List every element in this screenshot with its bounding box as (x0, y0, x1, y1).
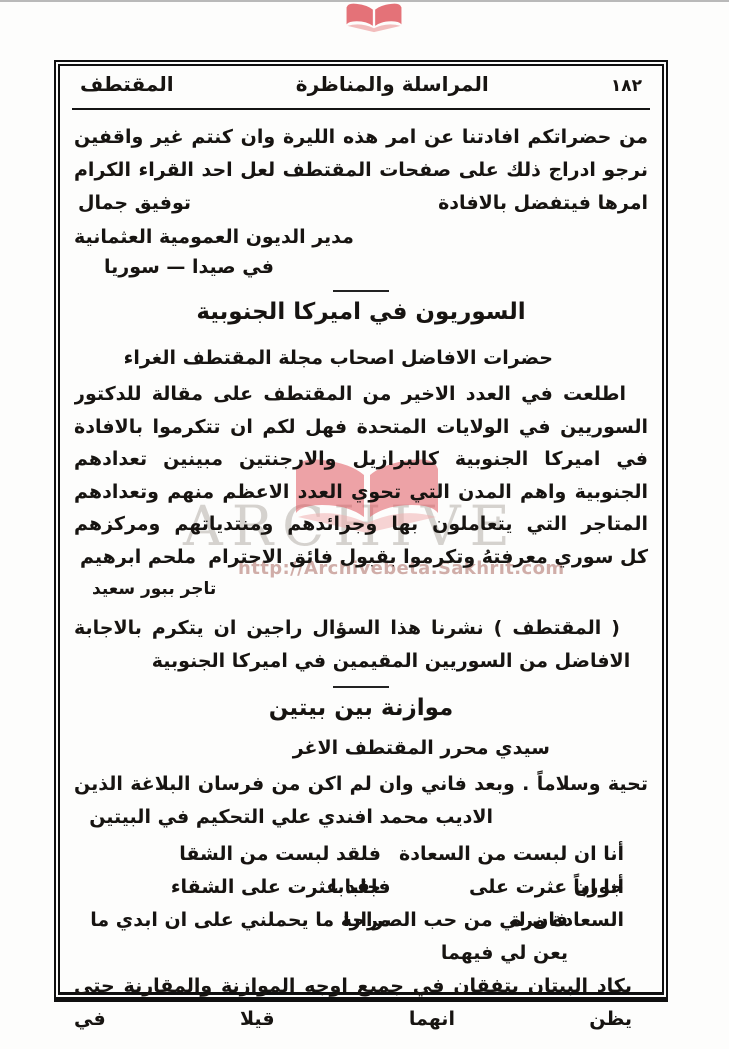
header-rule (72, 108, 650, 110)
verse-second-hemistich: فلقد عثرت على الشقاء مرارا (158, 871, 391, 904)
magazine-name: المقتطف (80, 72, 174, 96)
letter3-comment-line: فان لي من حب الصراحة ما يحملني على ان اب… (74, 904, 648, 970)
poetry-verses: أنا ان لبست من السعادة جورباً فلقد لبست … (74, 838, 648, 904)
page-border-frame: ١٨٢ المراسلة والمناظرة المقتطف من حضراتك… (54, 60, 668, 1002)
scanned-magazine-page: { "header": { "page_number": "١٨٢", "cen… (0, 0, 729, 1049)
letter2-line: في اميركا الجنوبية كالبرازيل والارجنتين … (74, 443, 648, 476)
letter1-signature-title: مدير الديون العمومية العثمانية (74, 222, 648, 252)
letter1-line: نرجو ادراج ذلك على صفحات المقتطف لعل احد… (74, 154, 648, 187)
letter2-line: الجنوبية واهم المدن التي تحوي العدد الاع… (74, 476, 648, 509)
archive-book-logo-top-icon (345, 0, 403, 40)
verse-line: أنا ان عثرت على السعادة مرة فلقد عثرت عل… (158, 871, 624, 904)
letter1-signature-name: توفيق جمال (78, 187, 191, 220)
letter3-last-line: يكاد البيتان يتفقان في جميع اوجه الموازن… (74, 970, 648, 1003)
letter3-line: تحية وسلاماً . وبعد فاني وان لم اكن من ف… (74, 768, 648, 801)
section-divider (333, 290, 389, 292)
letter2-paragraph: اطلعت في العدد الاخير من المقتطف على مقا… (74, 378, 648, 574)
letter3-line: الاديب محمد افندي علي التحكيم في البيتين (74, 801, 648, 834)
letter3-intro: تحية وسلاماً . وبعد فاني وان لم اكن من ف… (74, 768, 648, 834)
verse-line: أنا ان لبست من السعادة جورباً فلقد لبست … (158, 838, 624, 871)
letter2-line: اطلعت في العدد الاخير من المقتطف على مقا… (74, 378, 648, 411)
letter1-paragraph: من حضراتكم افادتنا عن امر هذه الليرة وان… (74, 121, 648, 220)
section-divider (333, 686, 389, 688)
running-header: ١٨٢ المراسلة والمناظرة المقتطف (74, 72, 648, 106)
letter1-signature-location: في صيدا — سوريا (74, 252, 648, 282)
verse-second-hemistich: فلقد لبست من الشقا جلبابا (158, 838, 381, 871)
letter2-salutation: حضرات الافاضل اصحاب مجلة المقتطف الغراء (74, 344, 648, 372)
letter1-line-with-signature: امرها فيتفضل بالافادة توفيق جمال (74, 187, 648, 220)
letter2-line: كل سوري معرفتهُ وتكرموا بقبول فائق الاحت… (208, 541, 648, 574)
editor-reply-line: الافاضل من السوريين المقيمين في اميركا ا… (74, 645, 648, 678)
section-running-title: المراسلة والمناظرة (296, 72, 489, 96)
verse-first-hemistich: أنا ان لبست من السعادة جورباً (381, 838, 624, 871)
letter1-line: من حضراتكم افادتنا عن امر هذه الليرة وان… (74, 121, 648, 154)
editor-reply: ( المقتطف ) نشرنا هذا السؤال راجين ان يت… (74, 612, 648, 678)
page-border-frame-inner: ١٨٢ المراسلة والمناظرة المقتطف من حضراتك… (58, 64, 664, 995)
letter2-signature-title: تاجر ببور سعيد (74, 576, 648, 602)
letter2-line: السوريين في الولايات المتحدة فهل لكم ان … (74, 411, 648, 444)
letter2-heading: السوريون في اميركا الجنوبية (74, 295, 648, 329)
page-number: ١٨٢ (611, 76, 642, 96)
letter3-salutation: سيدي محرر المقتطف الاغر (74, 734, 648, 762)
letter1-line: امرها فيتفضل بالافادة (438, 187, 648, 220)
letter2-signature-name: ملحم ابرهيم (80, 541, 196, 574)
page-content: ١٨٢ المراسلة والمناظرة المقتطف من حضراتك… (60, 66, 662, 1003)
editor-reply-line: ( المقتطف ) نشرنا هذا السؤال راجين ان يت… (74, 612, 648, 645)
letter3-heading: موازنة بين بيتين (74, 691, 648, 725)
letter2-line: المتاجر التي يتعاملون بها وجرائدهم ومنتد… (74, 508, 648, 541)
verse-first-hemistich: أنا ان عثرت على السعادة مرة (391, 871, 624, 904)
letter2-line-with-signature: كل سوري معرفتهُ وتكرموا بقبول فائق الاحت… (74, 541, 648, 574)
